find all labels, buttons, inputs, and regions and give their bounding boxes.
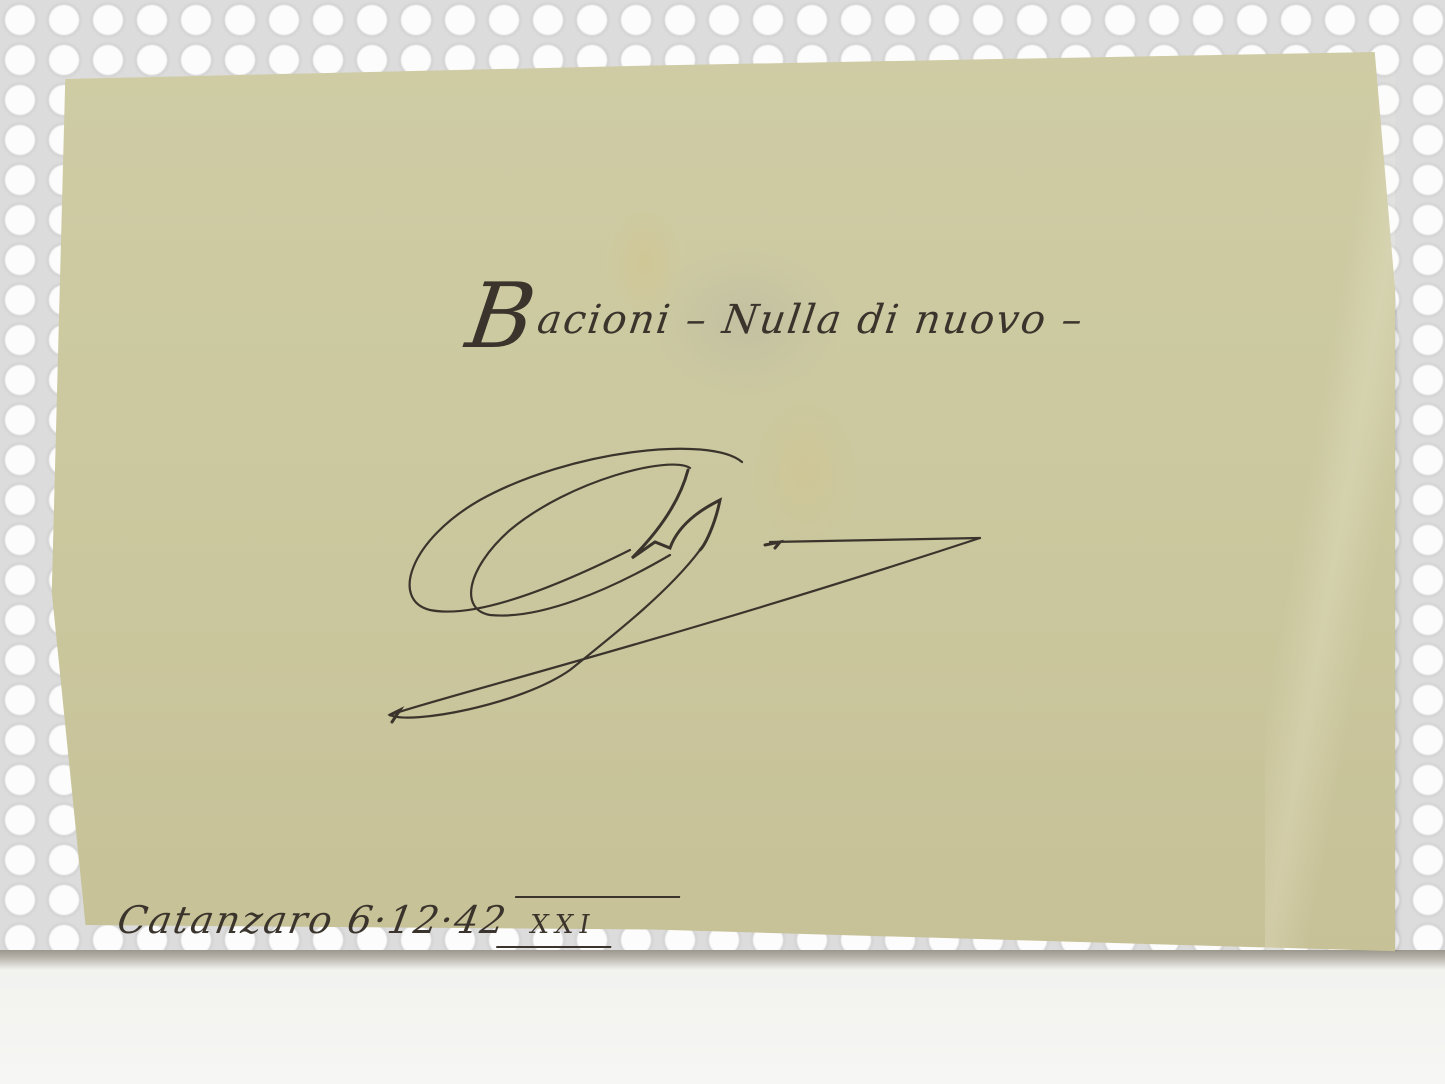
signature-ugo: Ugo xyxy=(370,430,1020,730)
regnal-year: XXI xyxy=(528,910,599,940)
place-date-line: Catanzaro 6·12·42 XXI xyxy=(114,898,600,942)
place-date: Catanzaro 6·12·42 xyxy=(114,898,511,942)
greeting-text: acioni – Nulla di nuovo – xyxy=(534,297,1087,343)
greeting-initial: B xyxy=(461,264,544,369)
greeting-line: Bacioni – Nulla di nuovo – xyxy=(463,250,1094,355)
table-surface xyxy=(0,950,1445,1084)
